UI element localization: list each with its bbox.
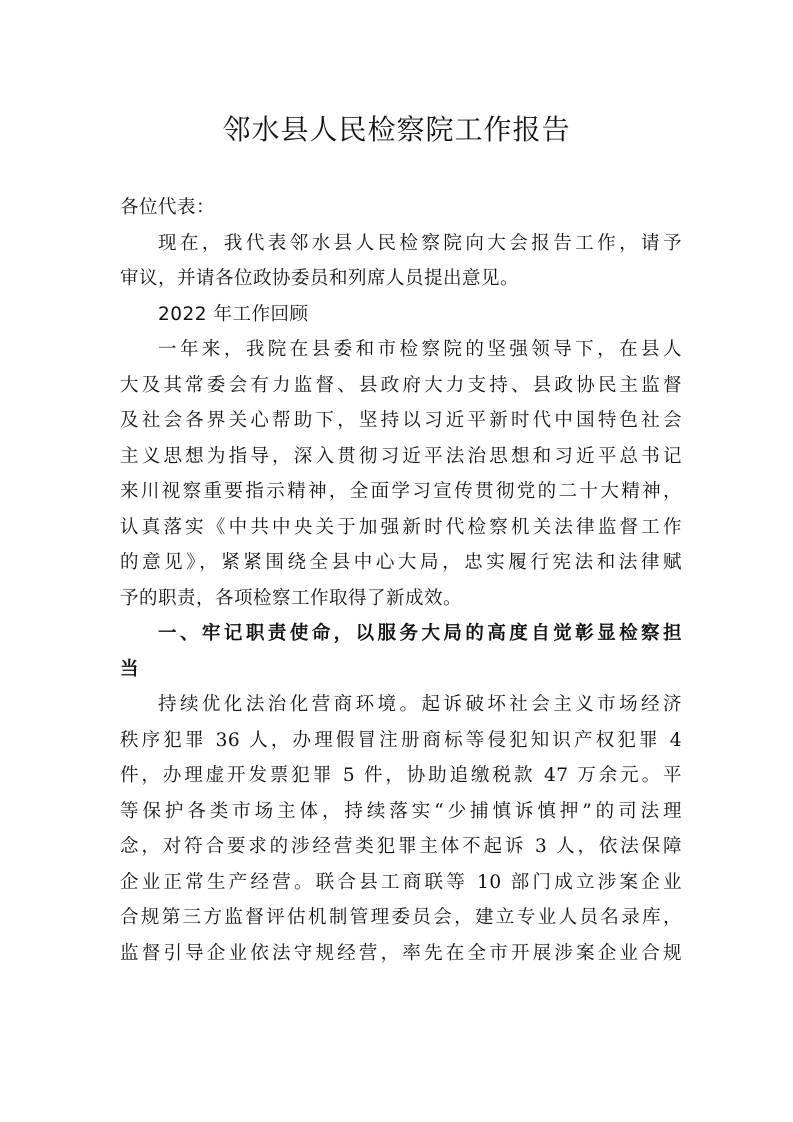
paragraph-line: 合规第三方监督评估机制管理委员会，建立专业人员名录库， [120, 900, 682, 936]
section-heading-one: 一、牢记职责使命，以服务大局的高度自觉彰显检察担 [120, 616, 682, 652]
paragraph-line: 认真落实《中共中央关于加强新时代检察机关法律监督工作 [120, 510, 682, 546]
paragraph-line: 念，对符合要求的涉经营类犯罪主体不起诉 3 人，依法保障 [120, 829, 682, 865]
paragraph-line: 审议，并请各位政协委员和列席人员提出意见。 [120, 261, 682, 297]
paragraph-line: 予的职责，各项检察工作取得了新成效。 [120, 581, 682, 617]
paragraph-line: 现在，我代表邻水县人民检察院向大会报告工作，请予 [120, 226, 682, 262]
section-heading-one-cont: 当 [120, 652, 682, 688]
paragraph-line: 的意见》，紧紧围绕全县中心大局，忠实履行宪法和法律赋 [120, 545, 682, 581]
paragraph-line: 大及其常委会有力监督、县政府大力支持、县政协民主监督 [120, 368, 682, 404]
paragraph-line: 及社会各界关心帮助下，坚持以习近平新时代中国特色社会 [120, 403, 682, 439]
paragraph-line: 秩序犯罪 36 人，办理假冒注册商标等侵犯知识产权犯罪 4 [120, 723, 682, 759]
paragraph-line: 来川视察重要指示精神，全面学习宣传贯彻党的二十大精神， [120, 474, 682, 510]
paragraph-line: 一年来，我院在县委和市检察院的坚强领导下，在县人 [120, 332, 682, 368]
section-heading-2022-review: 2022 年工作回顾 [120, 297, 682, 333]
paragraph-line: 件，办理虚开发票犯罪 5 件，协助追缴税款 47 万余元。平 [120, 758, 682, 794]
salutation: 各位代表： [120, 190, 682, 226]
paragraph-line: 持续优化法治化营商环境。起诉破坏社会主义市场经济 [120, 687, 682, 723]
paragraph-line: 企业正常生产经营。联合县工商联等 10 部门成立涉案企业 [120, 865, 682, 901]
document-title: 邻水县人民检察院工作报告 [0, 108, 793, 148]
paragraph-line: 主义思想为指导，深入贯彻习近平法治思想和习近平总书记 [120, 439, 682, 475]
paragraph-line: 等保护各类市场主体，持续落实“少捕慎诉慎押”的司法理 [120, 794, 682, 830]
paragraph-line: 监督引导企业依法守规经营，率先在全市开展涉案企业合规 [120, 936, 682, 972]
document-body: 各位代表： 现在，我代表邻水县人民检察院向大会报告工作，请予 审议，并请各位政协… [120, 190, 682, 971]
